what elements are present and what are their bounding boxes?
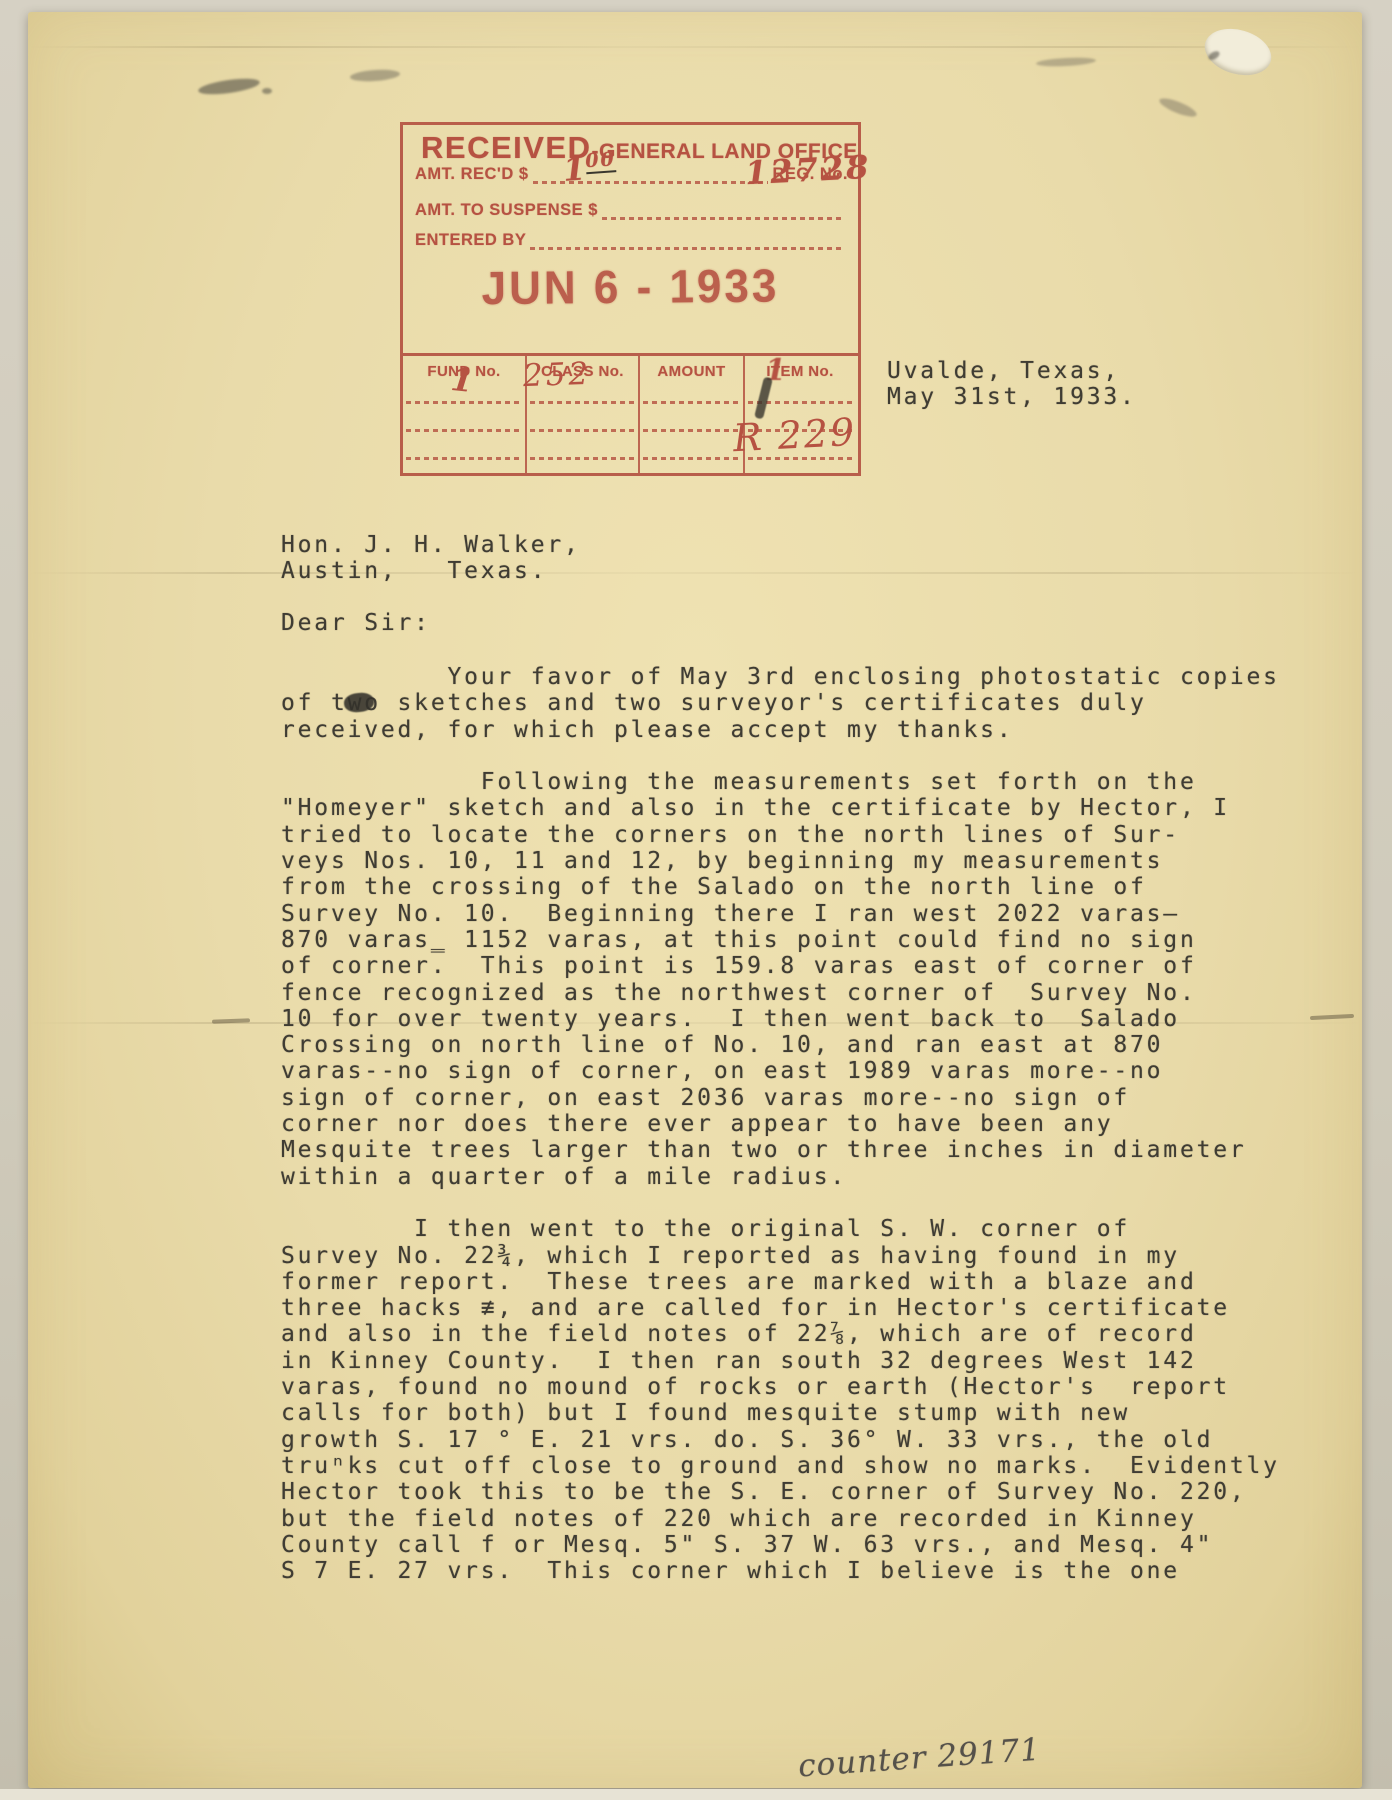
- dotted-row-line: [406, 457, 522, 460]
- dotted-leader: [602, 206, 844, 220]
- salutation: Dear Sir:: [281, 610, 431, 636]
- stamp-suspense-row: AMT. TO SUSPENSE $: [415, 201, 848, 220]
- place-date-block: Uvalde, Texas, May 31st, 1933.: [887, 358, 1137, 411]
- fund-no-handwritten: 1: [449, 360, 475, 400]
- amount-header: AMOUNT: [640, 356, 743, 380]
- suspense-label: AMT. TO SUSPENSE $: [415, 201, 598, 220]
- fold-crease-top: [28, 46, 1362, 48]
- ref-number-handwritten: R 229: [732, 410, 857, 460]
- stamp-entered-row: ENTERED BY: [415, 231, 848, 250]
- amount-column: AMOUNT: [638, 356, 743, 473]
- fold-crease-upper: [28, 572, 1362, 574]
- amt-recd-handwritten: 100: [562, 147, 618, 189]
- reg-no-handwritten: 12728: [744, 148, 872, 193]
- dotted-row-line: [530, 429, 635, 432]
- item-header: ITEM No.: [745, 356, 855, 380]
- dotted-row-line: [530, 401, 635, 404]
- amt-int: 1: [562, 149, 587, 188]
- dotted-row-line: [643, 401, 740, 404]
- date-stamp: JUN 6 - 1933: [403, 260, 858, 317]
- paragraph-1: Your favor of May 3rd enclosing photosta…: [281, 664, 1280, 743]
- amt-recd-label: AMT. REC'D $: [415, 165, 529, 184]
- received-stamp: RECEIVED-GENERAL LAND OFFICE AMT. REC'D …: [400, 122, 861, 476]
- dotted-row-line: [406, 429, 522, 432]
- recipient-block: Hon. J. H. Walker, Austin, Texas.: [281, 532, 581, 585]
- scanned-letter-page: RECEIVED-GENERAL LAND OFFICE AMT. REC'D …: [0, 0, 1392, 1800]
- dotted-row-line: [643, 457, 740, 460]
- dotted-row-line: [643, 429, 740, 432]
- entered-by-label: ENTERED BY: [415, 231, 526, 250]
- letter-body: Your favor of May 3rd enclosing photosta…: [281, 664, 1280, 1611]
- stamp-amt-recd-row: AMT. REC'D $ REG. No. 100 12728: [415, 165, 848, 184]
- paragraph-2: Following the measurements set forth on …: [281, 769, 1280, 1190]
- paragraph-3: I then went to the original S. W. corner…: [281, 1216, 1280, 1584]
- pencil-smudge-dot: [262, 88, 272, 94]
- amt-cents: 00: [585, 149, 617, 175]
- dotted-row-line: [406, 401, 522, 404]
- dotted-row-line: [530, 457, 635, 460]
- class-no-handwritten: 252: [522, 356, 591, 394]
- scan-backing-edge: [0, 1789, 1392, 1800]
- dotted-leader: [530, 236, 844, 250]
